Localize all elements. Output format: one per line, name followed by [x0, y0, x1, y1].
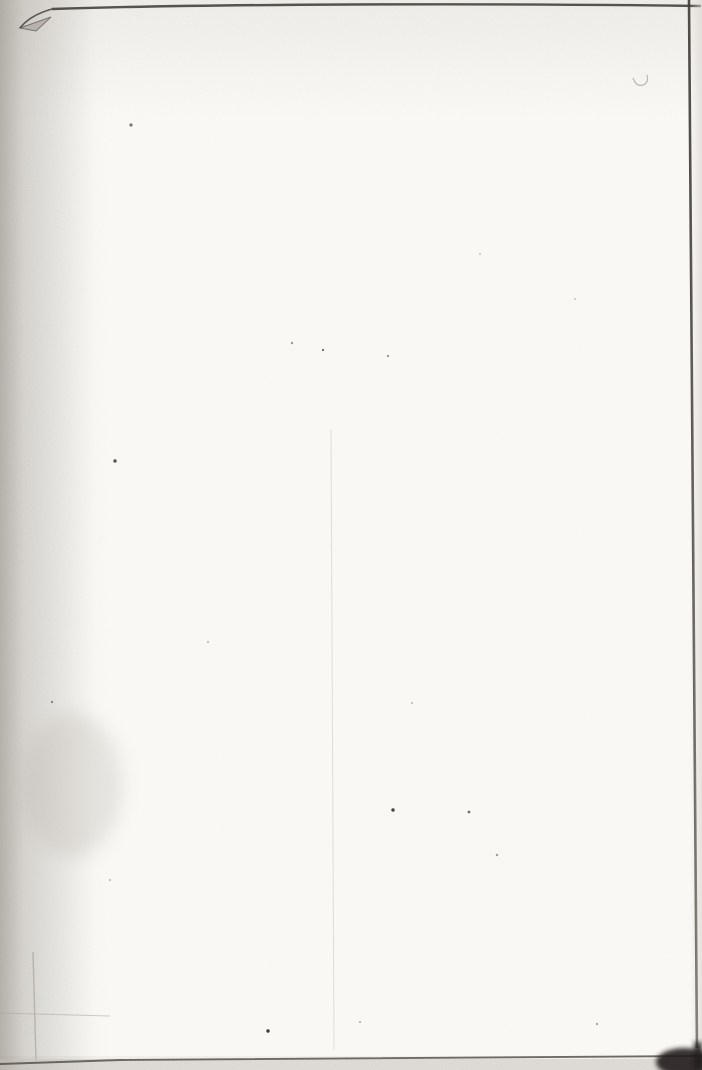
- dust-speck: [291, 342, 293, 344]
- dust-speck: [129, 123, 132, 126]
- dust-speck: [322, 349, 324, 351]
- left-edge-grain: [0, 0, 110, 1070]
- page-scan-canvas: [0, 0, 702, 1070]
- dust-speck: [51, 701, 53, 703]
- dust-speck: [387, 355, 389, 357]
- dust-speck: [479, 253, 481, 255]
- dust-speck: [496, 854, 498, 856]
- right-margin-strip: [690, 0, 702, 1070]
- bottom-right-edge-shadow: [694, 1042, 702, 1070]
- dust-speck: [113, 459, 116, 462]
- dust-speck: [109, 879, 111, 881]
- dust-speck: [207, 641, 209, 643]
- dust-speck: [468, 811, 471, 814]
- scanned-page: [0, 0, 702, 1070]
- dust-speck: [596, 1023, 598, 1025]
- dust-speck: [574, 298, 576, 300]
- dust-speck: [359, 1021, 361, 1023]
- left-margin-smudge: [22, 713, 122, 857]
- dust-speck: [411, 702, 413, 704]
- dust-speck: [391, 808, 394, 811]
- dust-speck: [266, 1029, 269, 1032]
